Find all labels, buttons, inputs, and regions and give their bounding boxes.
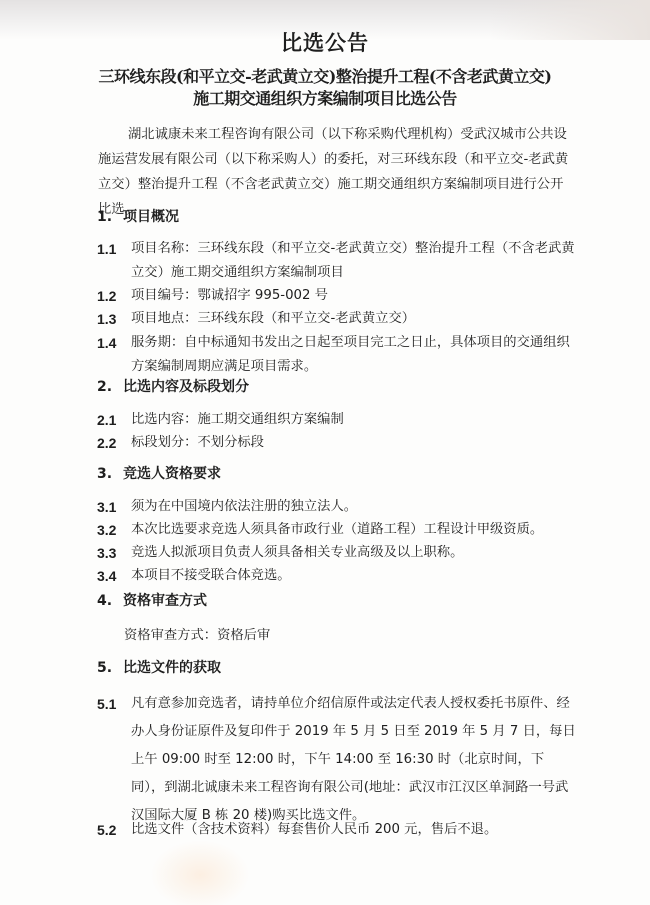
section-title: 资格审查方式 [123, 593, 207, 609]
section-title: 比选内容及标段划分 [123, 379, 249, 395]
item-number: 3.4 [97, 564, 129, 588]
item-5-1: 5.1 凡有意参加竞选者，请持单位介绍信原件或法定代表人授权委托书原件、经办人身… [97, 690, 577, 830]
section-number: 2. [97, 379, 123, 395]
item-text: 须为在中国境内依法注册的独立法人。 [131, 495, 577, 519]
section-5-heading: 5.比选文件的获取 [97, 657, 221, 677]
item-number: 1.2 [97, 284, 129, 308]
item-1-4: 1.4 服务期：自中标通知书发出之日起至项目完工之日止，具体项目的交通组织方案编… [97, 331, 577, 379]
item-number: 1.3 [97, 307, 129, 331]
section-number: 1. [97, 209, 123, 225]
item-text: 项目名称：三环线东段（和平立交-老武黄立交）整治提升工程（不含老武黄立交）施工期… [131, 237, 577, 285]
item-text: 凡有意参加竞选者，请持单位介绍信原件或法定代表人授权委托书原件、经办人身份证原件… [131, 690, 577, 830]
item-number: 1.4 [97, 331, 129, 355]
section-1-heading: 1.项目概况 [97, 206, 179, 226]
item-1-3: 1.3 项目地点：三环线东段（和平立交-老武黄立交） [97, 307, 577, 331]
item-text: 本次比选要求竞选人须具备市政行业（道路工程）工程设计甲级资质。 [131, 518, 577, 542]
item-number: 3.2 [97, 518, 129, 542]
item-number: 5.2 [97, 818, 129, 842]
item-text: 比选文件（含技术资料）每套售价人民币 200 元，售后不退。 [131, 818, 577, 842]
section-title: 项目概况 [123, 209, 179, 225]
section-number: 3. [97, 466, 123, 482]
section-number: 4. [97, 593, 123, 609]
item-1-1: 1.1 项目名称：三环线东段（和平立交-老武黄立交）整治提升工程（不含老武黄立交… [97, 237, 577, 285]
item-text: 项目地点：三环线东段（和平立交-老武黄立交） [131, 307, 577, 331]
item-3-1: 3.1 须为在中国境内依法注册的独立法人。 [97, 495, 577, 519]
section-4-body: 资格审查方式：资格后审 [124, 624, 270, 643]
item-2-2: 2.2 标段划分：不划分标段 [97, 431, 577, 455]
document-subtitle-line1: 三环线东段(和平立交-老武黄立交)整治提升工程(不含老武黄立交) [0, 64, 650, 87]
document-subtitle-line2: 施工期交通组织方案编制项目比选公告 [0, 86, 650, 109]
section-title: 比选文件的获取 [123, 660, 221, 676]
item-5-2: 5.2 比选文件（含技术资料）每套售价人民币 200 元，售后不退。 [97, 818, 577, 842]
item-3-4: 3.4 本项目不接受联合体竞选。 [97, 564, 577, 588]
section-number: 5. [97, 660, 123, 676]
item-number: 2.1 [97, 408, 129, 432]
item-number: 1.1 [97, 237, 129, 261]
item-text: 竞选人拟派项目负责人须具备相关专业高级及以上职称。 [131, 541, 577, 565]
item-number: 5.1 [97, 690, 129, 718]
item-text: 项目编号：鄂诚招字 995-002 号 [131, 284, 577, 308]
document-page: 比选公告 三环线东段(和平立交-老武黄立交)整治提升工程(不含老武黄立交) 施工… [0, 0, 650, 905]
item-2-1: 2.1 比选内容：施工期交通组织方案编制 [97, 408, 577, 432]
item-text: 标段划分：不划分标段 [131, 431, 577, 455]
section-3-heading: 3.竞选人资格要求 [97, 463, 221, 483]
item-3-2: 3.2 本次比选要求竞选人须具备市政行业（道路工程）工程设计甲级资质。 [97, 518, 577, 542]
section-title: 竞选人资格要求 [123, 466, 221, 482]
item-number: 3.1 [97, 495, 129, 519]
item-text: 服务期：自中标通知书发出之日起至项目完工之日止，具体项目的交通组织方案编制周期应… [131, 331, 577, 379]
section-4-heading: 4.资格审查方式 [97, 590, 207, 610]
document-title: 比选公告 [0, 27, 650, 57]
item-number: 2.2 [97, 431, 129, 455]
section-2-heading: 2.比选内容及标段划分 [97, 376, 249, 396]
item-1-2: 1.2 项目编号：鄂诚招字 995-002 号 [97, 284, 577, 308]
item-3-3: 3.3 竞选人拟派项目负责人须具备相关专业高级及以上职称。 [97, 541, 577, 565]
item-text: 本项目不接受联合体竞选。 [131, 564, 577, 588]
item-text: 比选内容：施工期交通组织方案编制 [131, 408, 577, 432]
item-number: 3.3 [97, 541, 129, 565]
